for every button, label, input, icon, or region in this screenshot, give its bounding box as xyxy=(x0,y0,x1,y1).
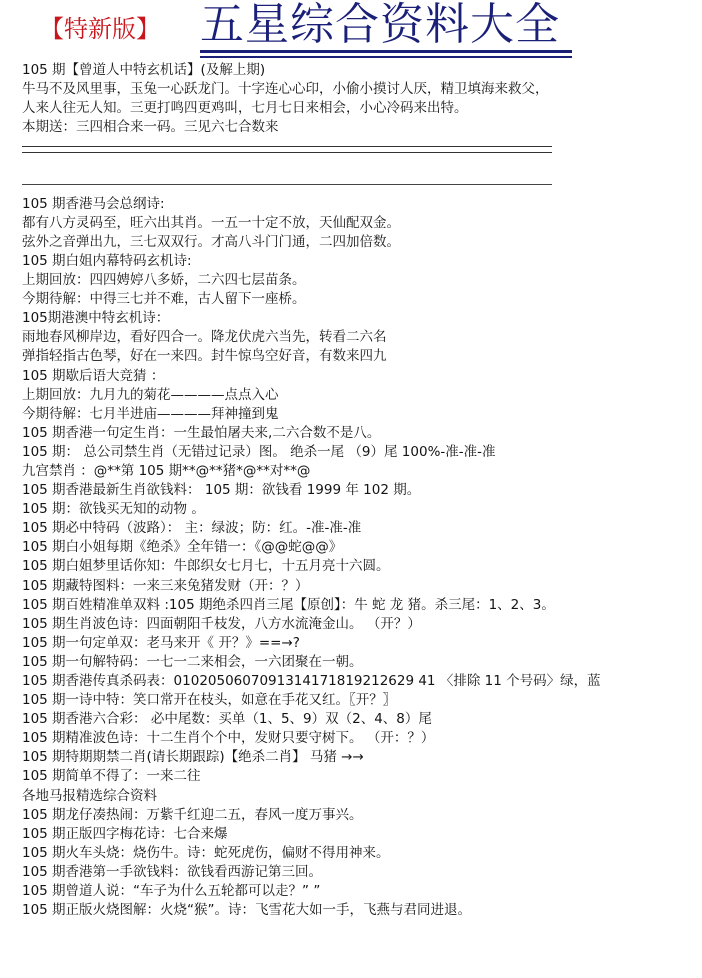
text-line: 105 期正版四字梅花诗：七合来爆 xyxy=(22,825,692,844)
section-heading: 105 期【曾道人中特玄机话】(及解上期) xyxy=(22,61,692,80)
document-body: 105 期【曾道人中特玄机话】(及解上期) 牛马不及风里事，玉兔一心跃龙门。十字… xyxy=(22,61,692,920)
section-heading: 105 期香港马会总纲诗: xyxy=(22,195,692,214)
text-line: 弹指轻指古色琴，好在一来四。封牛惊鸟空好音，有数来四九 xyxy=(22,347,692,366)
text-line: 今期待解：七月半进庙————拜神撞到鬼 xyxy=(22,405,692,424)
text-line: 105 期火车头烧：烧伤牛。诗：蛇死虎伤，偏财不得用神来。 xyxy=(22,844,692,863)
text-line: 105 期简单不得了：一来二往 xyxy=(22,767,692,786)
spacer xyxy=(22,156,692,175)
text-line: 人来人往无人知。三更打鸣四更鸡叫，七月七日来相会，小心冷码来出特。 xyxy=(22,99,692,118)
text-line: 105 期一诗中特：笑口常开在枝头，如意在手花又红。〖开？〗 xyxy=(22,691,692,710)
text-line: 105 期： 总公司禁生肖（无错过记录）图。 绝杀一尾 （9）尾 100%-准-… xyxy=(22,443,692,462)
text-line: 105 期百姓精准单双料 :105 期绝杀四肖三尾【原创】：牛 蛇 龙 猪。杀三… xyxy=(22,596,692,615)
text-line: 105 期香港六合彩： 必中尾数：买单（1、5、9）双（2、4、8）尾 xyxy=(22,710,692,729)
text-line: 都有八方灵码至，旺六出其肖。一五一十定不放，天仙配双金。 xyxy=(22,214,692,233)
text-line: 105 期龙仔凑热闹：万紫千红迎二五，春风一度万事兴。 xyxy=(22,806,692,825)
text-line: 105 期香港最新生肖欲钱料： 105 期：欲钱看 1999 年 102 期。 xyxy=(22,481,692,500)
text-line: 牛马不及风里事，玉兔一心跃龙门。十字连心心印，小偷小摸讨人厌，精卫填海来救父， xyxy=(22,80,692,99)
double-separator xyxy=(22,137,692,156)
text-line: 本期送：三四相合来一码。三见六七合数来 xyxy=(22,118,692,137)
text-line: 105 期必中特码（波路）： 主：绿波；防：红。-准-准-准 xyxy=(22,519,692,538)
page-header: 【特新版】 五星综合资料大全 xyxy=(0,0,702,60)
text-line: 雨地春风柳岸边，看好四合一。降龙伏虎六当先，转看二六名 xyxy=(22,328,692,347)
section-heading: 105 期白姐内幕特码玄机诗: xyxy=(22,252,692,271)
text-line: 上期回放：九月九的菊花————点点入心 xyxy=(22,386,692,405)
text-line: 105 期白小姐每期《绝杀》全年错一：《@@蛇@@》 xyxy=(22,538,692,557)
text-line: 上期回放：四四娉婷八多娇，二六四七层苗条。 xyxy=(22,271,692,290)
section-heading: 各地马报精选综合资料 xyxy=(22,787,692,806)
text-line: 105 期一句解特码：一七一二来相会，一六团聚在一朝。 xyxy=(22,653,692,672)
text-line: 105 期曾道人说：“车子为什么五轮都可以走？” ” xyxy=(22,882,692,901)
text-line: 105 期白姐梦里话你知：牛郎织女七月七，十五月亮十六圆。 xyxy=(22,557,692,576)
text-line: 今期待解：中得三七并不难，古人留下一座桥。 xyxy=(22,290,692,309)
text-line: 弦外之音弹出九，三七双双行。才高八斗门门通，二四加倍数。 xyxy=(22,233,692,252)
text-line: 105 期藏特图料：一来三来兔猪发财（开：？） xyxy=(22,577,692,596)
text-line: 105 期精准波色诗：十二生肖个个中，发财只要守树下。 （开：？） xyxy=(22,729,692,748)
single-separator xyxy=(22,176,692,195)
text-line: 105 期特期期禁二肖(请长期跟踪)【绝杀二肖】 马猪 →→ xyxy=(22,748,692,767)
title-underline xyxy=(200,50,572,53)
page-title: 五星综合资料大全 xyxy=(200,2,560,48)
edition-badge: 【特新版】 xyxy=(40,14,160,44)
text-line: 九宫禁肖 ：@**第 105 期**@**猪*@**对**@ xyxy=(22,462,692,481)
text-line: 105 期正版火烧图解：火烧“猴”。诗：飞雪花大如一手，飞燕与君同进退。 xyxy=(22,901,692,920)
text-line: 105 期香港一句定生肖：一生最怕屠夫来,二六合数不是八。 xyxy=(22,424,692,443)
section-heading: 105 期歇后语大竞猜 ： xyxy=(22,367,692,386)
title-underline-secondary xyxy=(200,56,572,58)
text-line: 105 期：欲钱买无知的动物 。 xyxy=(22,500,692,519)
text-line: 105 期香港第一手欲钱料：欲钱看西游记第三回。 xyxy=(22,863,692,882)
text-line: 105 期一句定单双：老马来开《 开？》==→? xyxy=(22,634,692,653)
text-line: 105 期香港传真杀码表：010205060709131417181921262… xyxy=(22,672,692,691)
section-heading: 105期港澳中特玄机诗： xyxy=(22,309,692,328)
text-line: 105 期生肖波色诗：四面朝阳千枝发，八方水流淹金山。 （开？） xyxy=(22,615,692,634)
